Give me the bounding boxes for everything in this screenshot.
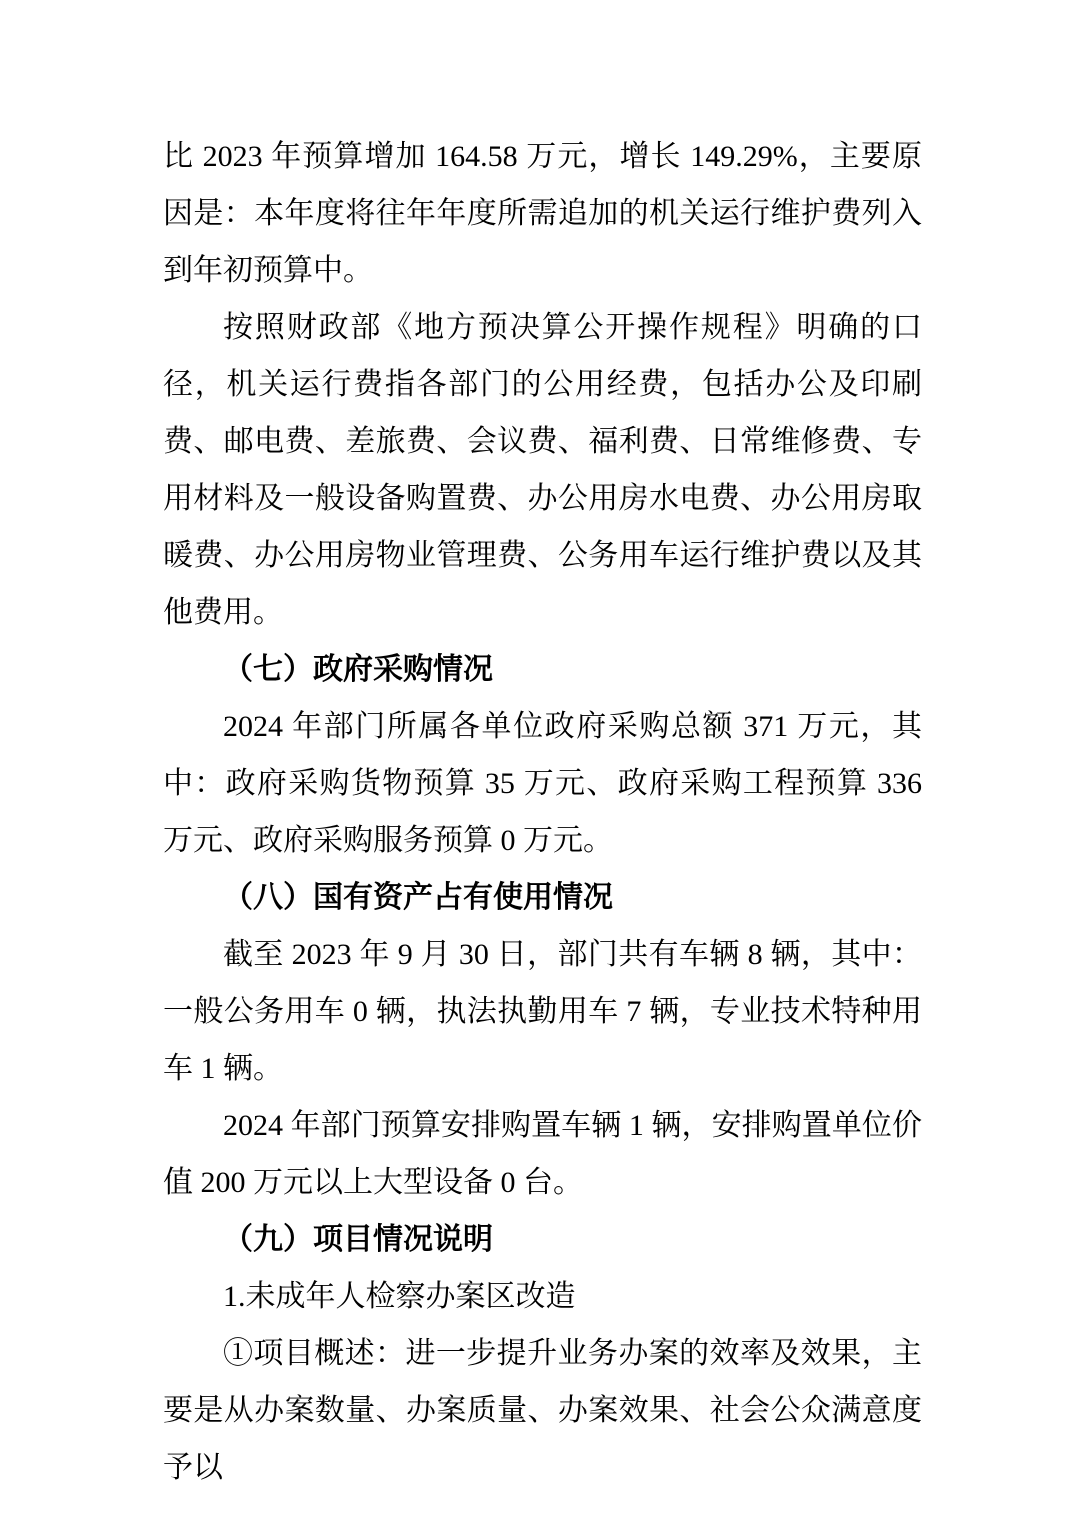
paragraph-project-1-overview: ①项目概述：进一步提升业务办案的效率及效果，主要是从办案数量、办案质量、办案效果…: [163, 1325, 922, 1496]
paragraph-budget-increase-reason: 比 2023 年预算增加 164.58 万元，增长 149.29%，主要原因是：…: [163, 128, 922, 299]
paragraph-agency-operating-cost-definition: 按照财政部《地方预决算公开操作规程》明确的口径，机关运行费指各部门的公用经费，包…: [163, 299, 922, 641]
heading-section-7-government-procurement: （七）政府采购情况: [163, 641, 922, 698]
document-page: 比 2023 年预算增加 164.58 万元，增长 149.29%，主要原因是：…: [0, 0, 1074, 1520]
heading-section-9-project-notes: （九）项目情况说明: [163, 1211, 922, 1268]
paragraph-2024-planned-purchases: 2024 年部门预算安排购置车辆 1 辆，安排购置单位价值 200 万元以上大型…: [163, 1097, 922, 1211]
paragraph-vehicle-holdings: 截至 2023 年 9 月 30 日，部门共有车辆 8 辆，其中：一般公务用车 …: [163, 926, 922, 1097]
heading-section-8-state-assets-usage: （八）国有资产占有使用情况: [163, 869, 922, 926]
paragraph-procurement-budget-figures: 2024 年部门所属各单位政府采购总额 371 万元，其中：政府采购货物预算 3…: [163, 698, 922, 869]
paragraph-project-1-title: 1.未成年人检察办案区改造: [163, 1268, 922, 1325]
